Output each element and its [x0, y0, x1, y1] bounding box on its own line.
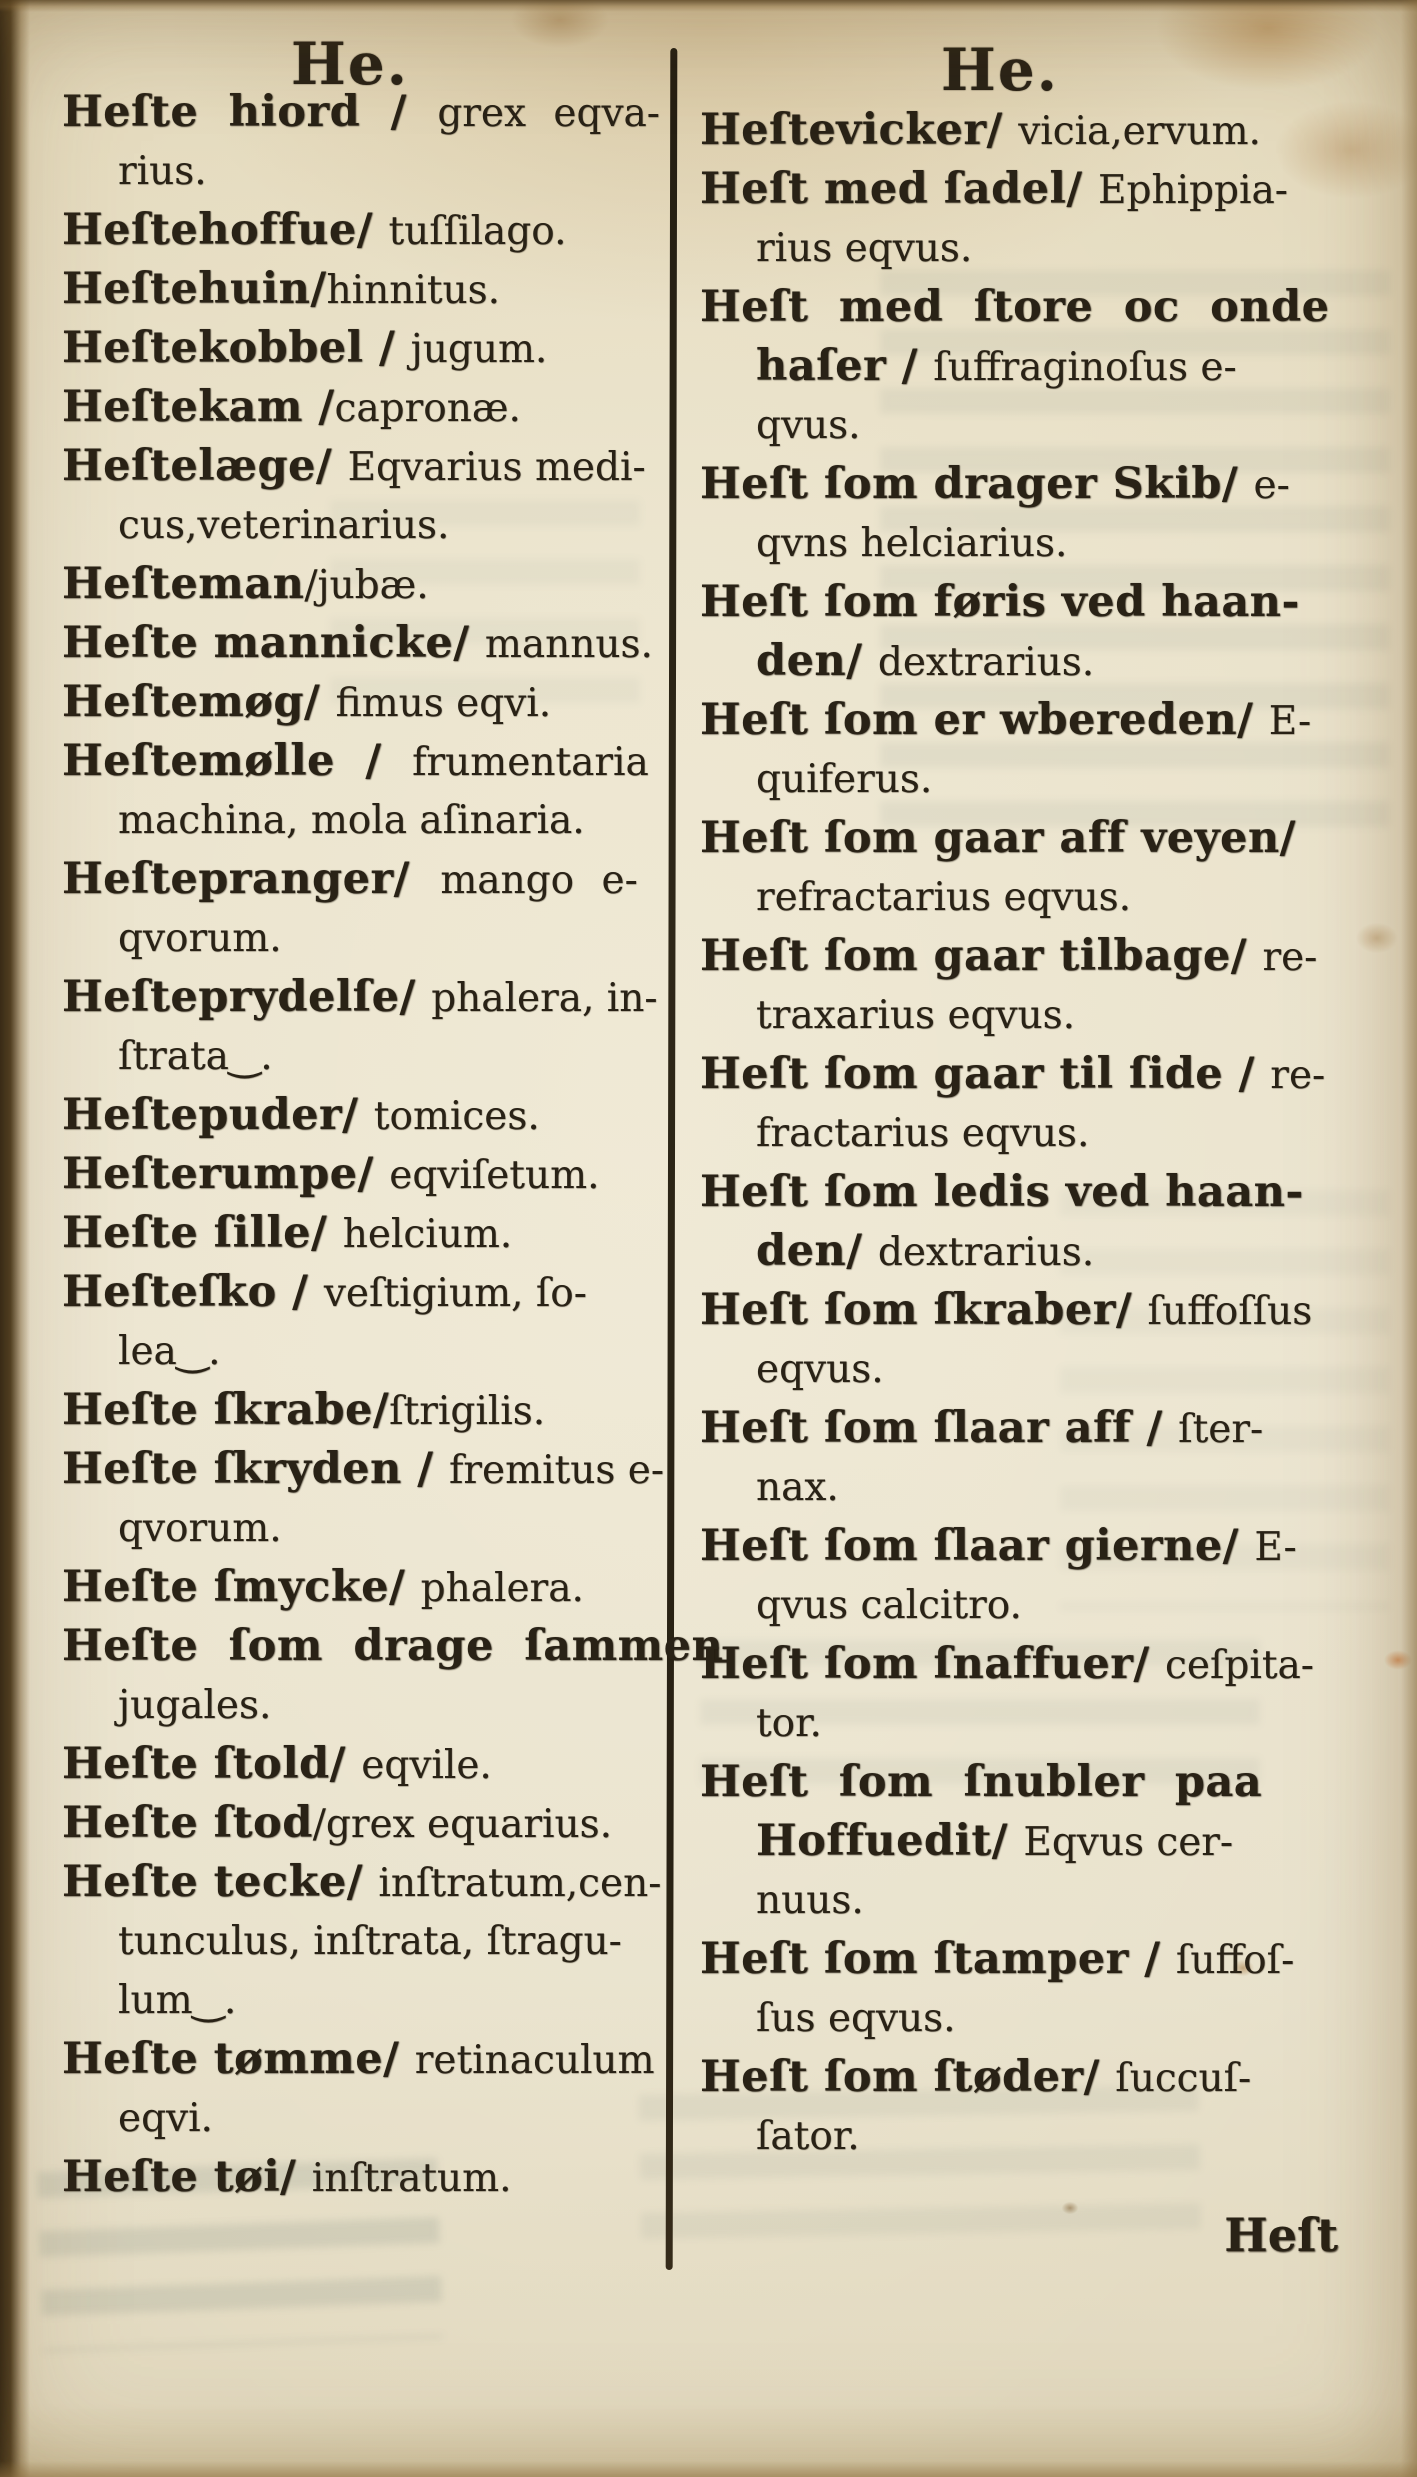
dictionary-page: He. He. Heſte hiord / grex eqva-rius.Heſ…: [0, 0, 1417, 2477]
page-vignette: [0, 0, 1417, 2477]
